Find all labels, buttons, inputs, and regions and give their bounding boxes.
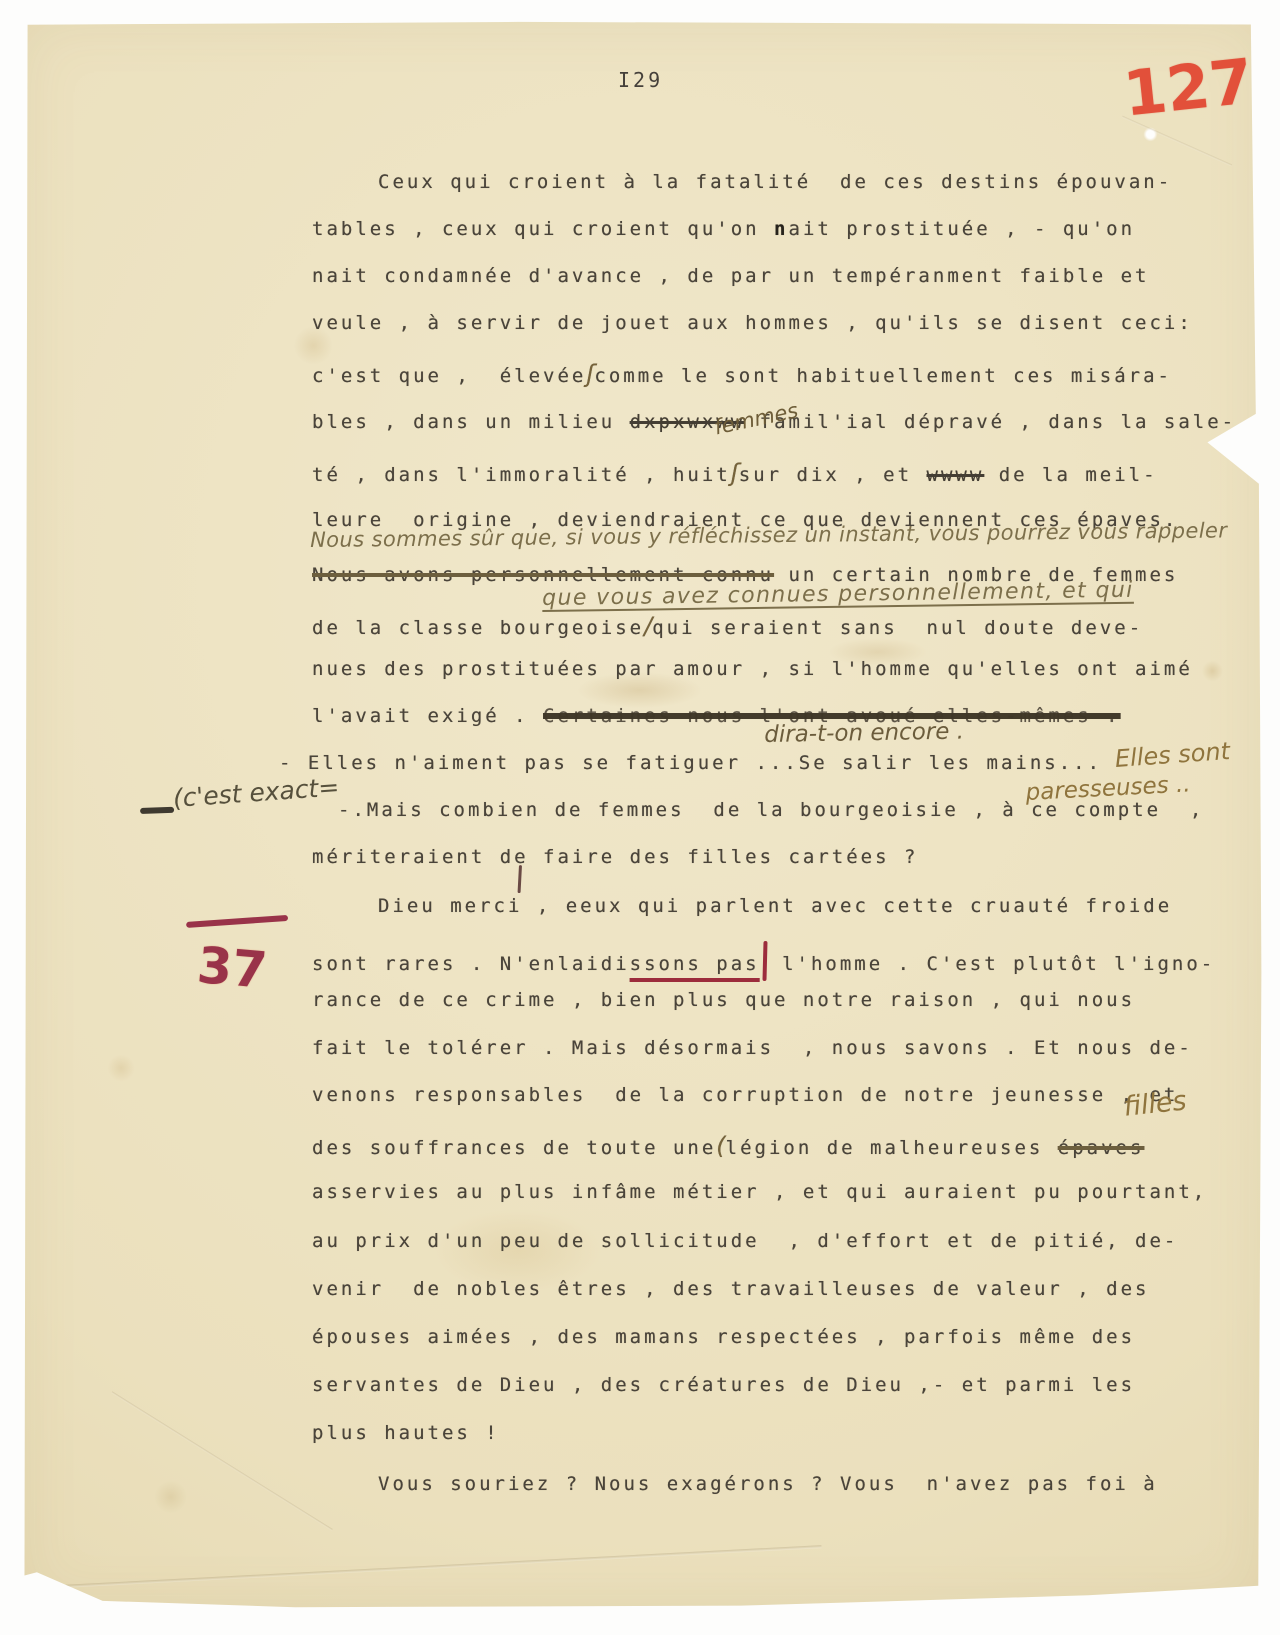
typed-segment: ( <box>716 1132 725 1160</box>
typed-line: rance de ce crime , bien plus que notre … <box>312 988 1135 1014</box>
typed-line: venons responsables de la corruption de … <box>312 1083 1178 1109</box>
typed-page-number: I29 <box>618 68 663 92</box>
typed-segment: de la classe bourgeoise <box>312 617 644 639</box>
typed-line: c'est que , élevéeʃcomme le sont habitue… <box>312 358 1172 390</box>
typed-segment: ssons pas <box>630 953 760 975</box>
red-vertical-mark <box>762 941 767 981</box>
typed-segment: nues des prostituées par amour , si l'ho… <box>312 658 1193 680</box>
typed-segment: des souffrances de toute une <box>312 1137 716 1159</box>
typed-segment: épaves <box>1058 1137 1145 1159</box>
typed-segment: Vous souriez ? Nous exagérons ? Vous n'a… <box>378 1473 1158 1495</box>
typed-segment: mériteraient de faire des filles cartées… <box>312 846 918 868</box>
typed-line: asservies au plus infâme métier , et qui… <box>312 1180 1207 1206</box>
black-dash-mark <box>140 807 174 814</box>
typed-segment: wwww <box>927 464 985 486</box>
typed-segment: épouses aimées , des mamans respectées ,… <box>312 1326 1135 1348</box>
typed-line: Ceux qui croient à la fatalité de ces de… <box>378 170 1172 196</box>
typed-segment: au prix d'un peu de sollicitude , d'effo… <box>312 1230 1178 1252</box>
typed-segment: Dieu merci , eeux qui parlent avec cette… <box>378 895 1172 917</box>
typed-line: - Elles n'aiment pas se fatiguer ...Se s… <box>279 751 1102 777</box>
scan-background: I29 Ceux qui croient à la fatalité de ce… <box>0 0 1280 1635</box>
typed-line: Dieu merci , eeux qui parlent avec cette… <box>378 894 1172 920</box>
typed-segment: légion de malheureuses <box>726 1137 1058 1159</box>
typed-line: té , dans l'immoralité , huitʃsur dix , … <box>312 457 1158 489</box>
typed-segment: qui seraient sans nul doute deve- <box>652 617 1143 639</box>
typed-line: sont rares . N'enlaidissons pas l'homme … <box>312 941 1215 981</box>
typed-line: au prix d'un peu de sollicitude , d'effo… <box>312 1229 1178 1255</box>
manuscript-page: I29 Ceux qui croient à la fatalité de ce… <box>22 20 1262 1608</box>
hw-margin-filles: filles <box>1122 1085 1188 1122</box>
typed-segment: - Elles n'aiment pas se fatiguer ...Se s… <box>279 752 1102 774</box>
typed-segment: plus hautes ! <box>312 1422 500 1444</box>
typed-segment: nait condamnée d'avance , de par un temp… <box>312 265 1149 287</box>
paper-crease <box>111 1391 333 1530</box>
typed-segment: veule , à servir de jouet aux hommes , q… <box>312 312 1193 334</box>
typed-segment: venons responsables de la corruption de … <box>312 1084 1178 1106</box>
typed-segment: fait le tolérer . Mais désormais , nous … <box>312 1037 1193 1059</box>
typed-segment: sont rares . N'enlaidi <box>312 953 630 975</box>
typed-segment: famil'ial dépravé , dans la sale- <box>745 411 1236 433</box>
typed-line: des souffrances de toute une(légion de m… <box>312 1130 1144 1162</box>
typed-line: tables , ceux qui croient qu'on nait pro… <box>312 217 1135 243</box>
hw-insertion-dira-t-on: dira-t-on encore . <box>764 719 964 748</box>
red-crayon-page-number: 127 <box>1120 44 1256 130</box>
typed-segment: l'avait exigé . <box>312 705 543 727</box>
typed-segment: l'homme . C'est plutôt l'igno- <box>768 953 1216 975</box>
typed-line: de la classe bourgeoise/qui seraient san… <box>312 610 1143 642</box>
typed-segment: rance de ce crime , bien plus que notre … <box>312 989 1135 1011</box>
typed-segment: ʃ <box>731 459 739 487</box>
typed-segment: c'est que , élevée <box>312 365 586 387</box>
typed-line: veule , à servir de jouet aux hommes , q… <box>312 311 1193 337</box>
typed-segment: ait prostituée , - qu'on <box>789 218 1136 240</box>
typed-line: venir de nobles êtres , des travailleuse… <box>312 1277 1149 1303</box>
typed-segment: / <box>644 612 652 640</box>
typed-line: épouses aimées , des mamans respectées ,… <box>312 1325 1135 1351</box>
typed-line: Vous souriez ? Nous exagérons ? Vous n'a… <box>378 1472 1158 1498</box>
typed-line: plus hautes ! <box>312 1421 500 1447</box>
hw-margin-cest-exact: (c'est exact= <box>172 772 340 813</box>
pencil-tick-mark <box>518 865 522 893</box>
typed-segment: té , dans l'immoralité , huit <box>312 464 731 486</box>
typed-segment: tables , ceux qui croient qu'on <box>312 218 774 240</box>
typed-line: l'avait exigé . Certaines nous l'ont avo… <box>312 704 1121 730</box>
typed-segment: de la meil- <box>984 464 1157 486</box>
typed-segment: Ceux qui croient à la fatalité de ces de… <box>378 171 1172 193</box>
typed-line: nues des prostituées par amour , si l'ho… <box>312 657 1193 683</box>
typed-segment: asservies au plus infâme métier , et qui… <box>312 1181 1207 1203</box>
typed-line: mériteraient de faire des filles cartées… <box>312 845 918 871</box>
typed-segment: sur dix , et <box>739 464 927 486</box>
typed-segment: venir de nobles êtres , des travailleuse… <box>312 1278 1149 1300</box>
paper-crease <box>62 1545 821 1588</box>
hw-margin-elles-sont: Elles sont <box>1114 737 1231 773</box>
typed-line: servantes de Dieu , des créatures de Die… <box>312 1373 1135 1399</box>
typed-segment: servantes de Dieu , des créatures de Die… <box>312 1374 1135 1396</box>
typed-segment: bles , dans un milieu <box>312 411 630 433</box>
typed-segment: Nous avons personnellement connu <box>312 564 774 586</box>
typed-line: fait le tolérer . Mais désormais , nous … <box>312 1036 1193 1062</box>
typed-line: nait condamnée d'avance , de par un temp… <box>312 264 1149 290</box>
typed-segment: n <box>774 218 788 240</box>
typed-segment: comme le sont habituellement ces misára- <box>594 365 1172 387</box>
red-margin-number-37: 37 <box>195 936 269 1000</box>
red-dash-mark <box>186 915 288 928</box>
